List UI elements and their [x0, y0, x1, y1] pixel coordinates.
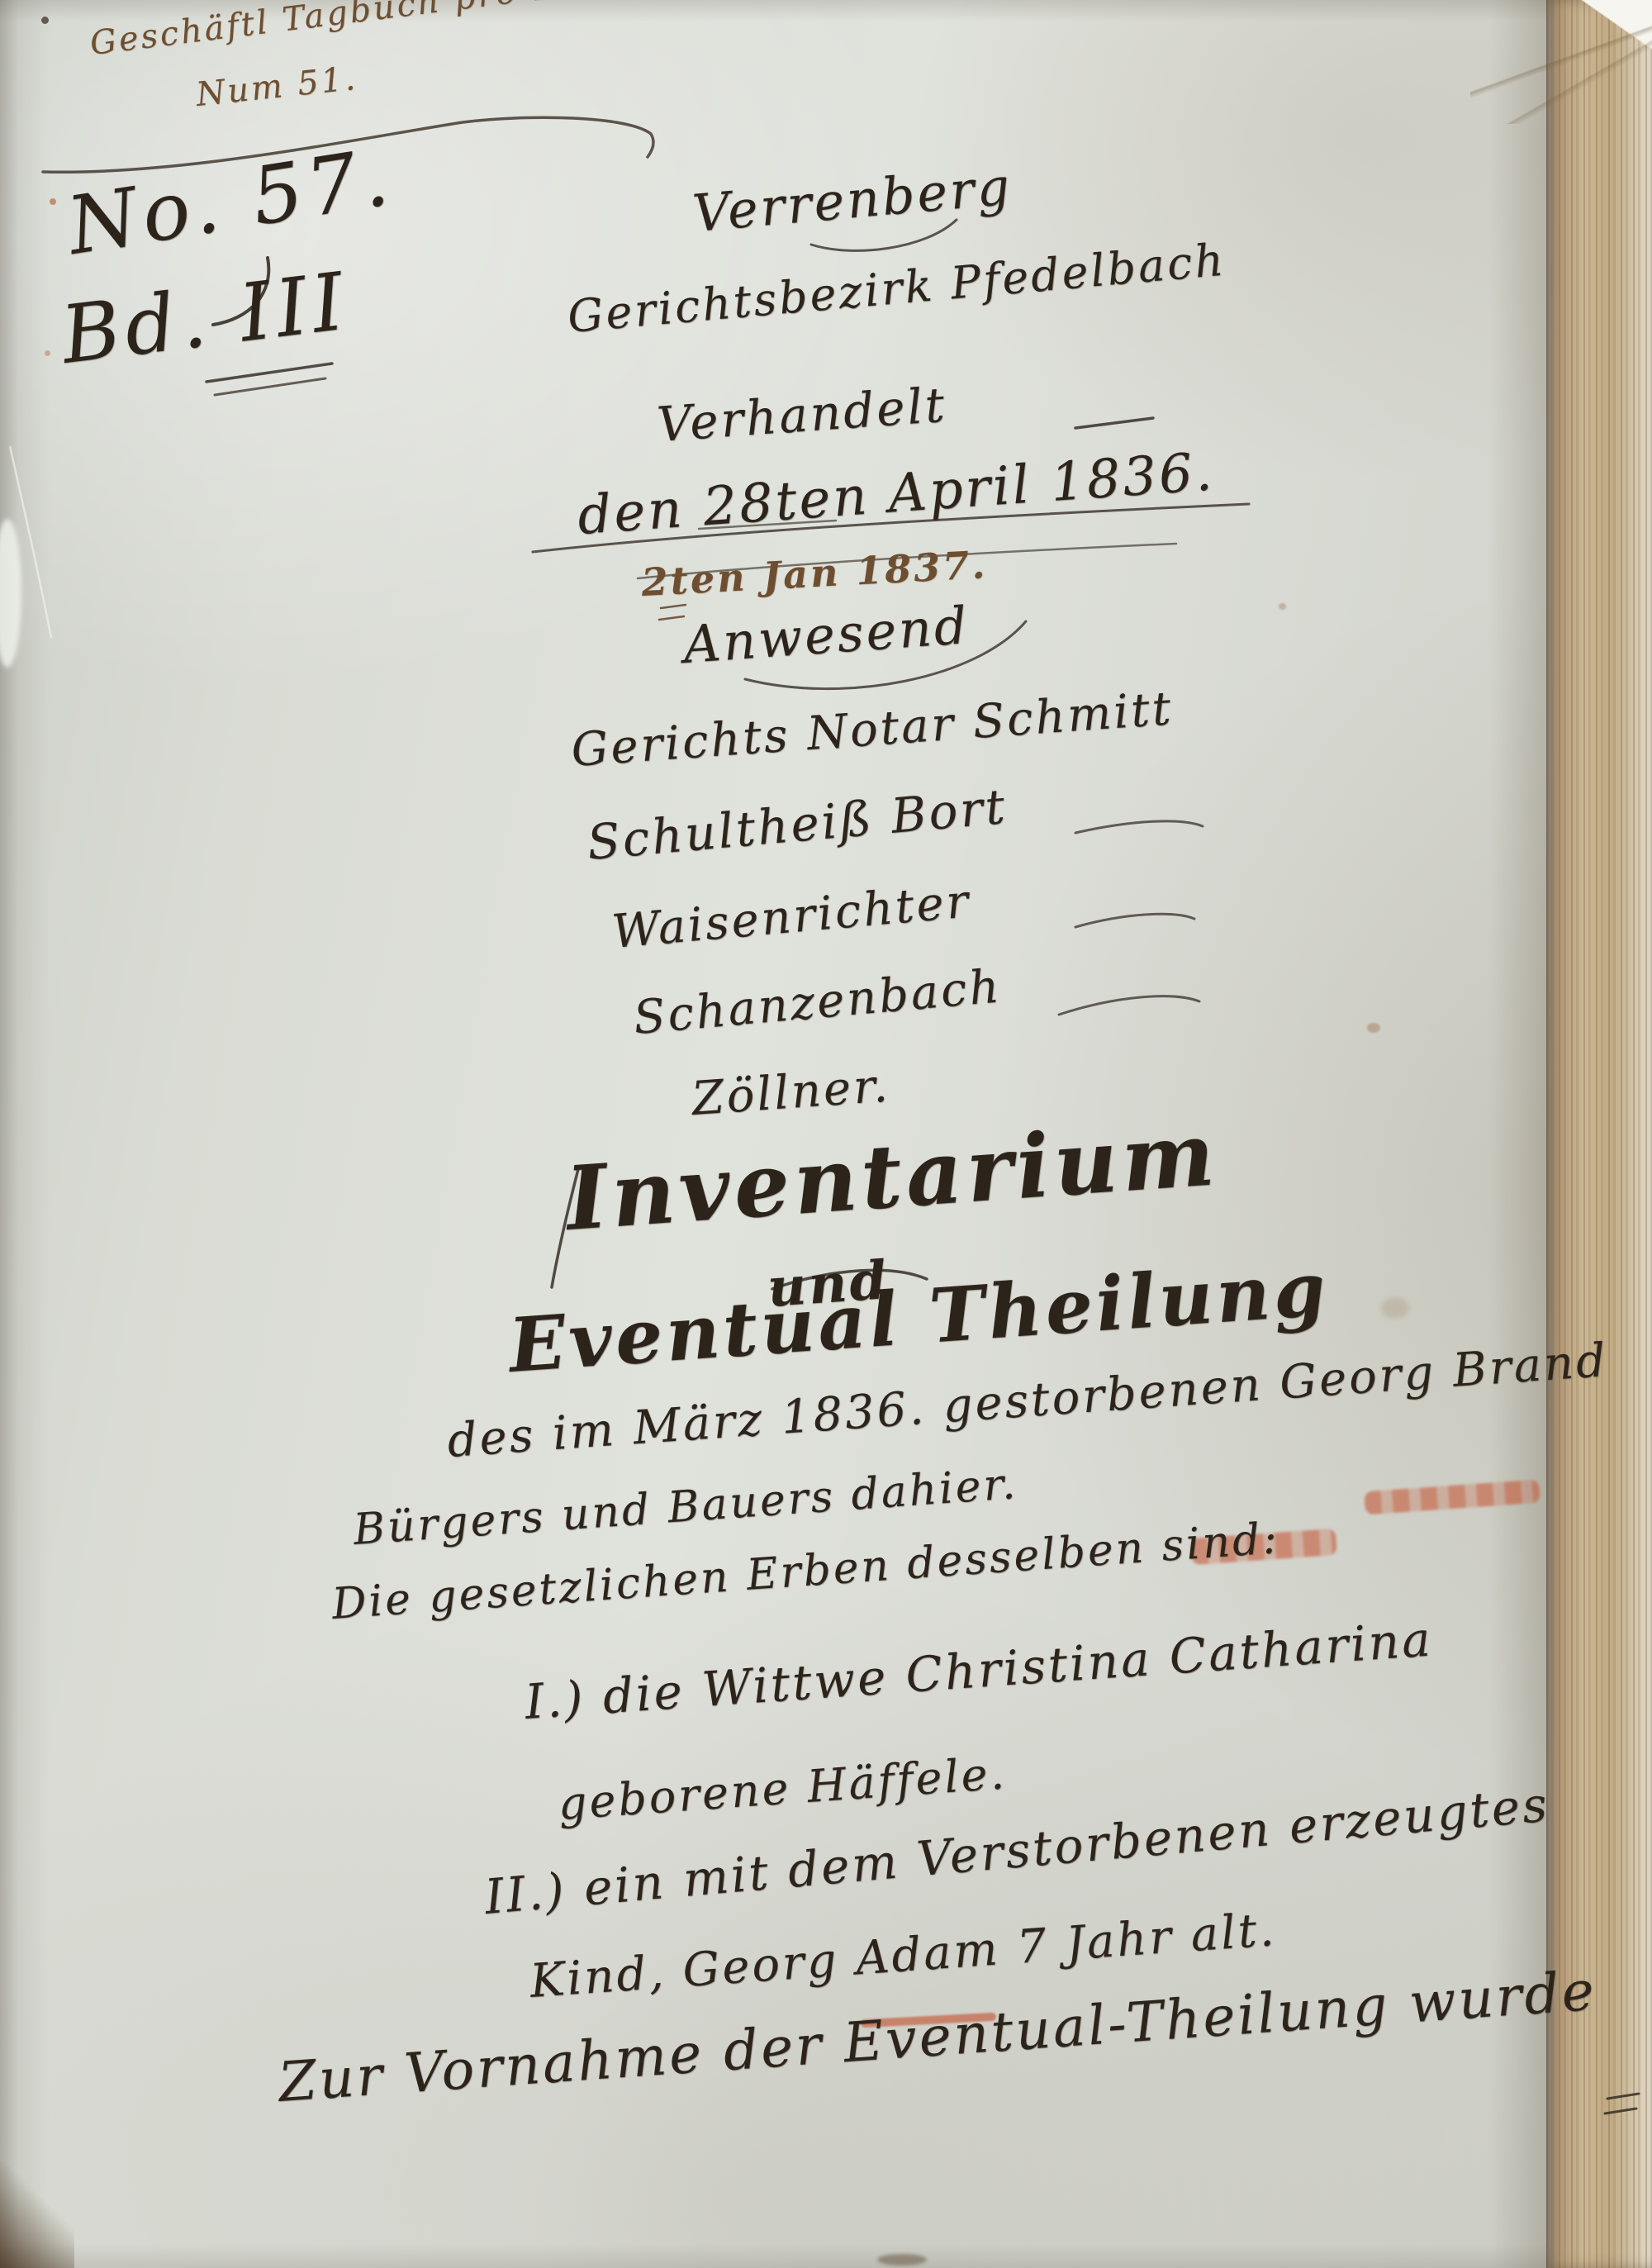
flourish-official2-end — [1075, 821, 1203, 833]
title-inventarium: Inventarium — [563, 1101, 1222, 1250]
red-speck — [50, 198, 56, 205]
book-page-stack-edge — [1546, 0, 1652, 2268]
equals-under-2ten-a — [661, 605, 686, 608]
anwesend-label: Anwesend — [681, 595, 971, 675]
official-schanzenbach: Schanzenbach — [631, 959, 1004, 1045]
court-district: Gerichtsbezirk Pfedelbach — [566, 234, 1228, 343]
official-schultheiss: Schultheiß Bort — [585, 778, 1009, 871]
flourish-official3-end — [1075, 914, 1194, 927]
body-line-geborene: geborene Häffele. — [557, 1747, 1009, 1830]
equals-under-2ten-b — [659, 616, 684, 620]
underline-bd-iii-2 — [215, 378, 325, 395]
manuscript-page: Geschäftl Tagbuch pro 1836. Num 51. No. … — [0, 0, 1652, 2268]
underline-bd-iii-1 — [206, 364, 332, 382]
official-waisenrichter: Waisenrichter — [610, 874, 972, 959]
page-stack-shadow — [1488, 0, 1546, 2268]
journal-number-note: Num 51. — [194, 59, 359, 114]
verhandelt-label: Verhandelt — [655, 377, 948, 453]
date-main: den 28ten April 1836. — [576, 441, 1217, 547]
edge-smudge — [877, 2254, 927, 2266]
brown-stain — [1279, 603, 1286, 610]
shadow-corner-bottom-left — [0, 2161, 74, 2268]
brown-stain — [1367, 1023, 1380, 1033]
official-zoellner: Zöllner. — [690, 1058, 891, 1126]
page-corner-top-right — [1528, 0, 1652, 99]
volume-number: Bd. III — [56, 254, 354, 382]
official-notary: Gerichts Notar Schmitt — [569, 682, 1175, 777]
journal-daybook-note: Geschäftl Tagbuch pro 1836. — [88, 0, 638, 63]
brown-stain — [1381, 1297, 1409, 1319]
body-line-vornahme: Zur Vornahme der Eventual-Theilung wurde — [277, 1959, 1598, 2114]
place-name: Verrenberg — [691, 156, 1014, 244]
dash-after-verhandelt — [1075, 418, 1153, 428]
paper-tear-left-edge — [0, 519, 21, 668]
red-speck — [45, 350, 50, 356]
flourish-official4-end — [1059, 996, 1199, 1015]
document-number: No. 57. — [61, 130, 398, 273]
date-inserted: 2ten Jan 1837. — [640, 542, 988, 605]
ink-speck — [41, 17, 49, 24]
body-line-wittwe: I.) die Wittwe Christina Catharina — [523, 1610, 1434, 1730]
